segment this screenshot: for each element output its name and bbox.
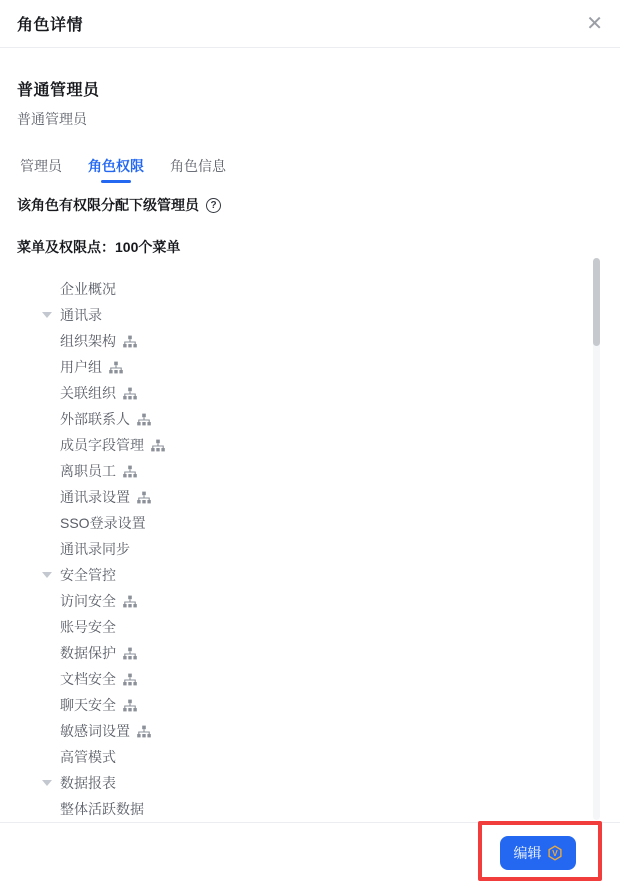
tree-node[interactable]: 关联组织: [17, 380, 603, 406]
menu-summary-label: 菜单及权限点：: [17, 239, 115, 255]
role-description: 普通管理员: [17, 109, 603, 129]
role-name: 普通管理员: [17, 77, 603, 100]
tree-node[interactable]: 通讯录: [17, 302, 603, 328]
panel-header: 角色详情 ✕: [0, 0, 620, 48]
tab-角色信息[interactable]: 角色信息: [170, 155, 226, 179]
tree-node-label: 成员字段管理: [60, 435, 144, 455]
scrollbar-thumb[interactable]: [593, 258, 600, 346]
tree-node[interactable]: 敏感词设置: [17, 718, 603, 744]
tree-node[interactable]: 企业概况: [17, 276, 603, 302]
collapse-arrow-icon[interactable]: [42, 780, 52, 786]
tree-node-label: 敏感词设置: [60, 721, 130, 741]
tree-node[interactable]: 成员字段管理: [17, 432, 603, 458]
tree-node[interactable]: 安全管控: [17, 562, 603, 588]
tabs: 管理员角色权限角色信息: [20, 155, 603, 179]
org-chart-icon: [123, 595, 137, 608]
tree-node-label: 企业概况: [60, 279, 116, 299]
tree-node[interactable]: 数据保护: [17, 640, 603, 666]
tree-node-label: 通讯录: [60, 305, 102, 325]
tree-node-label: 数据报表: [60, 773, 116, 793]
tree-node-label: 高管模式: [60, 747, 116, 767]
close-icon[interactable]: ✕: [586, 14, 603, 34]
tree-node-label: 通讯录设置: [60, 487, 130, 507]
tree-node-label: 关联组织: [60, 383, 116, 403]
tree-node[interactable]: SSO登录设置: [17, 510, 603, 536]
tree-node-label: 安全管控: [60, 565, 116, 585]
tree-node[interactable]: 用户组: [17, 354, 603, 380]
tree-node[interactable]: 访问安全: [17, 588, 603, 614]
scrollbar-track[interactable]: [593, 258, 600, 820]
org-chart-icon: [123, 673, 137, 686]
org-chart-icon: [123, 699, 137, 712]
panel-body: 普通管理员 普通管理员 管理员角色权限角色信息 该角色有权限分配下级管理员 ? …: [0, 49, 620, 822]
tree-node-label: 聊天安全: [60, 695, 116, 715]
tree-node[interactable]: 离职员工: [17, 458, 603, 484]
v-badge-icon: V: [547, 845, 563, 861]
org-chart-icon: [137, 491, 151, 504]
tab-管理员[interactable]: 管理员: [20, 155, 62, 179]
org-chart-icon: [123, 335, 137, 348]
panel-footer: 编辑 V: [0, 822, 620, 888]
tree-node-label: 账号安全: [60, 617, 116, 637]
edit-button[interactable]: 编辑 V: [500, 836, 576, 870]
tree-node[interactable]: 整体活跃数据: [17, 796, 603, 822]
tab-角色权限[interactable]: 角色权限: [88, 155, 144, 179]
tree-node-label: 文档安全: [60, 669, 116, 689]
tree-node[interactable]: 账号安全: [17, 614, 603, 640]
org-chart-icon: [151, 439, 165, 452]
collapse-arrow-icon[interactable]: [42, 312, 52, 318]
tree-node-label: 通讯录同步: [60, 539, 130, 559]
menu-summary-value: 100个菜单: [115, 239, 180, 255]
org-chart-icon: [109, 361, 123, 374]
org-chart-icon: [123, 465, 137, 478]
tree-node-label: 用户组: [60, 357, 102, 377]
tree-node-label: 访问安全: [60, 591, 116, 611]
help-icon[interactable]: ?: [206, 198, 221, 213]
edit-button-label: 编辑: [514, 843, 542, 863]
tree-node[interactable]: 数据报表: [17, 770, 603, 796]
tree-node-label: 整体活跃数据: [60, 799, 144, 819]
org-chart-icon: [123, 647, 137, 660]
tree-node[interactable]: 聊天安全: [17, 692, 603, 718]
tree-node[interactable]: 组织架构: [17, 328, 603, 354]
svg-text:V: V: [552, 848, 558, 858]
tree-node-label: 组织架构: [60, 331, 116, 351]
tree-node-label: 离职员工: [60, 461, 116, 481]
tree-node-label: 数据保护: [60, 643, 116, 663]
tree-node[interactable]: 文档安全: [17, 666, 603, 692]
tree-node-label: SSO登录设置: [60, 513, 146, 533]
tree-node[interactable]: 高管模式: [17, 744, 603, 770]
tree-node[interactable]: 外部联系人: [17, 406, 603, 432]
collapse-arrow-icon[interactable]: [42, 572, 52, 578]
permission-subtitle: 该角色有权限分配下级管理员: [17, 195, 199, 215]
tree-node[interactable]: 通讯录同步: [17, 536, 603, 562]
tree-node[interactable]: 通讯录设置: [17, 484, 603, 510]
org-chart-icon: [137, 725, 151, 738]
panel-title: 角色详情: [17, 12, 83, 35]
permission-subtitle-row: 该角色有权限分配下级管理员 ?: [17, 195, 603, 215]
tree-node-label: 外部联系人: [60, 409, 130, 429]
org-chart-icon: [123, 387, 137, 400]
permission-tree: 企业概况通讯录组织架构 用户组 关联组织 外部联系人 成员字段管理 离职员工: [17, 276, 603, 822]
org-chart-icon: [137, 413, 151, 426]
menu-summary: 菜单及权限点：100个菜单: [17, 237, 603, 257]
role-detail-panel: 角色详情 ✕ 普通管理员 普通管理员 管理员角色权限角色信息 该角色有权限分配下…: [0, 0, 620, 888]
